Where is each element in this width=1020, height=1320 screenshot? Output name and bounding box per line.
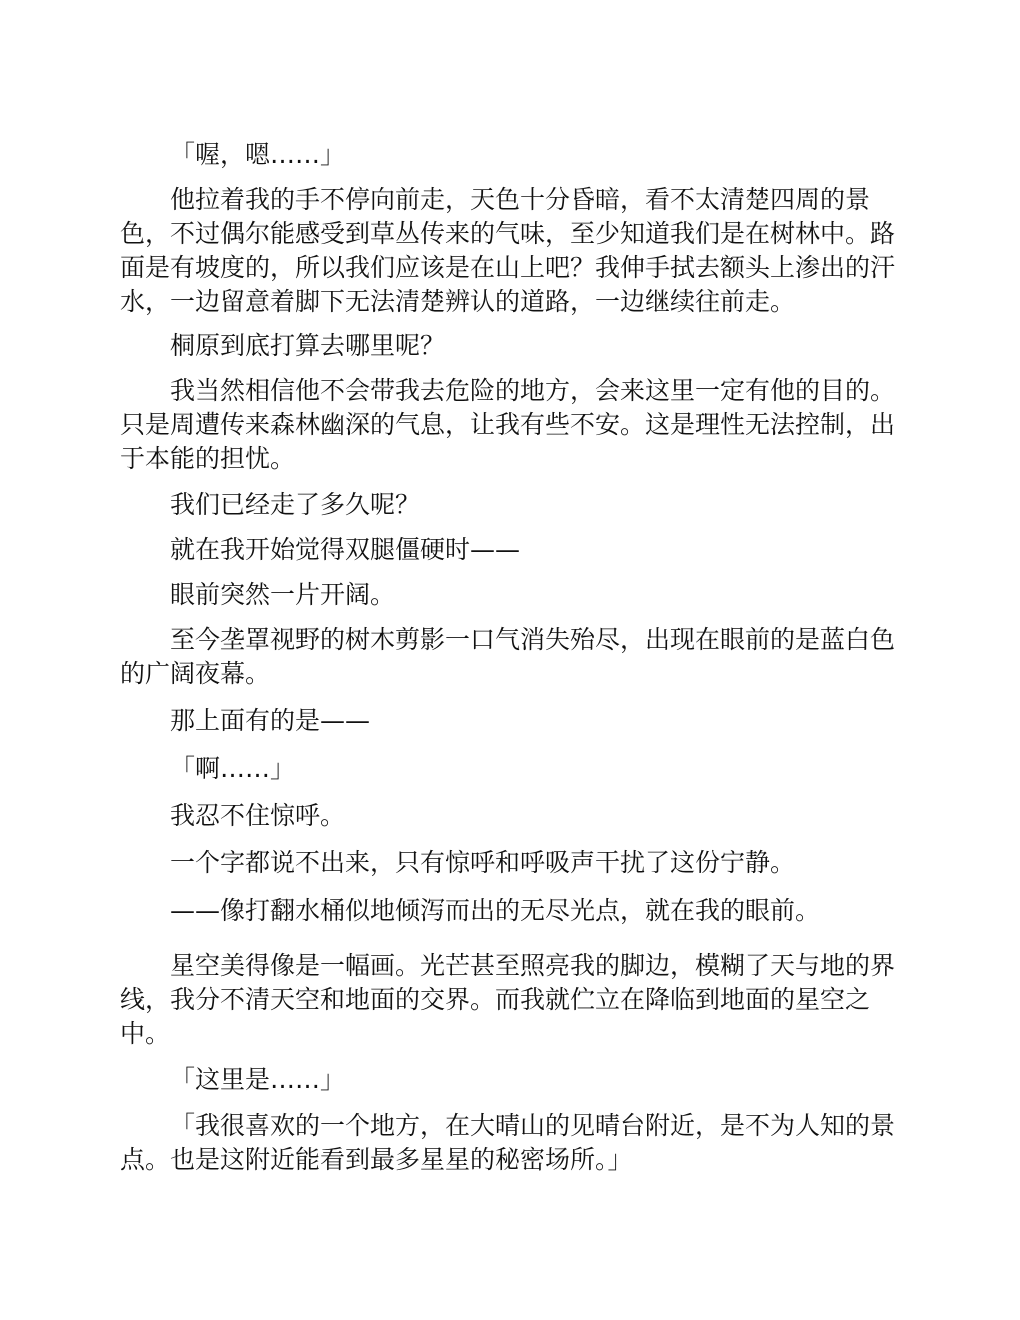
text-line: ——像打翻水桶似地倾泻而出的无尽光点，就在我的眼前。 <box>120 894 900 928</box>
text-line: 点。也是这附近能看到最多星星的秘密场所。」 <box>120 1143 900 1177</box>
text-line: 面是有坡度的，所以我们应该是在山上吧？我伸手拭去额头上渗出的汗 <box>120 251 900 285</box>
text-line: 他拉着我的手不停向前走，天色十分昏暗，看不太清楚四周的景 <box>120 183 900 217</box>
paragraph-2: 他拉着我的手不停向前走，天色十分昏暗，看不太清楚四周的景 色，不过偶尔能感受到草… <box>120 183 900 319</box>
paragraph-12: 一个字都说不出来，只有惊呼和呼吸声干扰了这份宁静。 <box>120 846 900 880</box>
text-line: 于本能的担忧。 <box>120 442 900 476</box>
text-line: 就在我开始觉得双腿僵硬时—— <box>120 533 900 567</box>
text-line: 星空美得像是一幅画。光芒甚至照亮我的脚边，模糊了天与地的界 <box>120 949 900 983</box>
paragraph-10: 「啊……」 <box>120 752 900 786</box>
text-line: 那上面有的是—— <box>120 704 900 738</box>
text-line: 色，不过偶尔能感受到草丛传来的气味，至少知道我们是在树林中。路 <box>120 217 900 251</box>
text-line: 的广阔夜幕。 <box>120 657 900 691</box>
text-line: 我们已经走了多久呢？ <box>120 488 900 522</box>
text-line: 「喔，嗯……」 <box>120 138 900 172</box>
text-line: 「啊……」 <box>120 752 900 786</box>
text-line: 眼前突然一片开阔。 <box>120 578 900 612</box>
text-line: 只是周遭传来森林幽深的气息，让我有些不安。这是理性无法控制，出 <box>120 408 900 442</box>
text-line: 水，一边留意着脚下无法清楚辨认的道路，一边继续往前走。 <box>120 285 900 319</box>
paragraph-7: 眼前突然一片开阔。 <box>120 578 900 612</box>
paragraph-15: 「这里是……」 <box>120 1063 900 1097</box>
text-line: 「我很喜欢的一个地方，在大晴山的见晴台附近，是不为人知的景 <box>120 1109 900 1143</box>
document-page: 「喔，嗯……」 他拉着我的手不停向前走，天色十分昏暗，看不太清楚四周的景 色，不… <box>0 0 1020 1320</box>
paragraph-11: 我忍不住惊呼。 <box>120 799 900 833</box>
text-line: 线，我分不清天空和地面的交界。而我就伫立在降临到地面的星空之 <box>120 983 900 1017</box>
paragraph-4: 我当然相信他不会带我去危险的地方，会来这里一定有他的目的。 只是周遭传来森林幽深… <box>120 374 900 476</box>
text-line: 我当然相信他不会带我去危险的地方，会来这里一定有他的目的。 <box>120 374 900 408</box>
text-line: 桐原到底打算去哪里呢？ <box>120 329 900 363</box>
text-line: 至今垄罩视野的树木剪影一口气消失殆尽，出现在眼前的是蓝白色 <box>120 623 900 657</box>
paragraph-14: 星空美得像是一幅画。光芒甚至照亮我的脚边，模糊了天与地的界 线，我分不清天空和地… <box>120 949 900 1051</box>
paragraph-6: 就在我开始觉得双腿僵硬时—— <box>120 533 900 567</box>
paragraph-8: 至今垄罩视野的树木剪影一口气消失殆尽，出现在眼前的是蓝白色 的广阔夜幕。 <box>120 623 900 691</box>
text-line: 中。 <box>120 1017 900 1051</box>
paragraph-3: 桐原到底打算去哪里呢？ <box>120 329 900 363</box>
paragraph-5: 我们已经走了多久呢？ <box>120 488 900 522</box>
text-line: 一个字都说不出来，只有惊呼和呼吸声干扰了这份宁静。 <box>120 846 900 880</box>
paragraph-9: 那上面有的是—— <box>120 704 900 738</box>
text-line: 我忍不住惊呼。 <box>120 799 900 833</box>
paragraph-13: ——像打翻水桶似地倾泻而出的无尽光点，就在我的眼前。 <box>120 894 900 928</box>
text-line: 「这里是……」 <box>120 1063 900 1097</box>
paragraph-16: 「我很喜欢的一个地方，在大晴山的见晴台附近，是不为人知的景 点。也是这附近能看到… <box>120 1109 900 1177</box>
paragraph-1: 「喔，嗯……」 <box>120 138 900 172</box>
